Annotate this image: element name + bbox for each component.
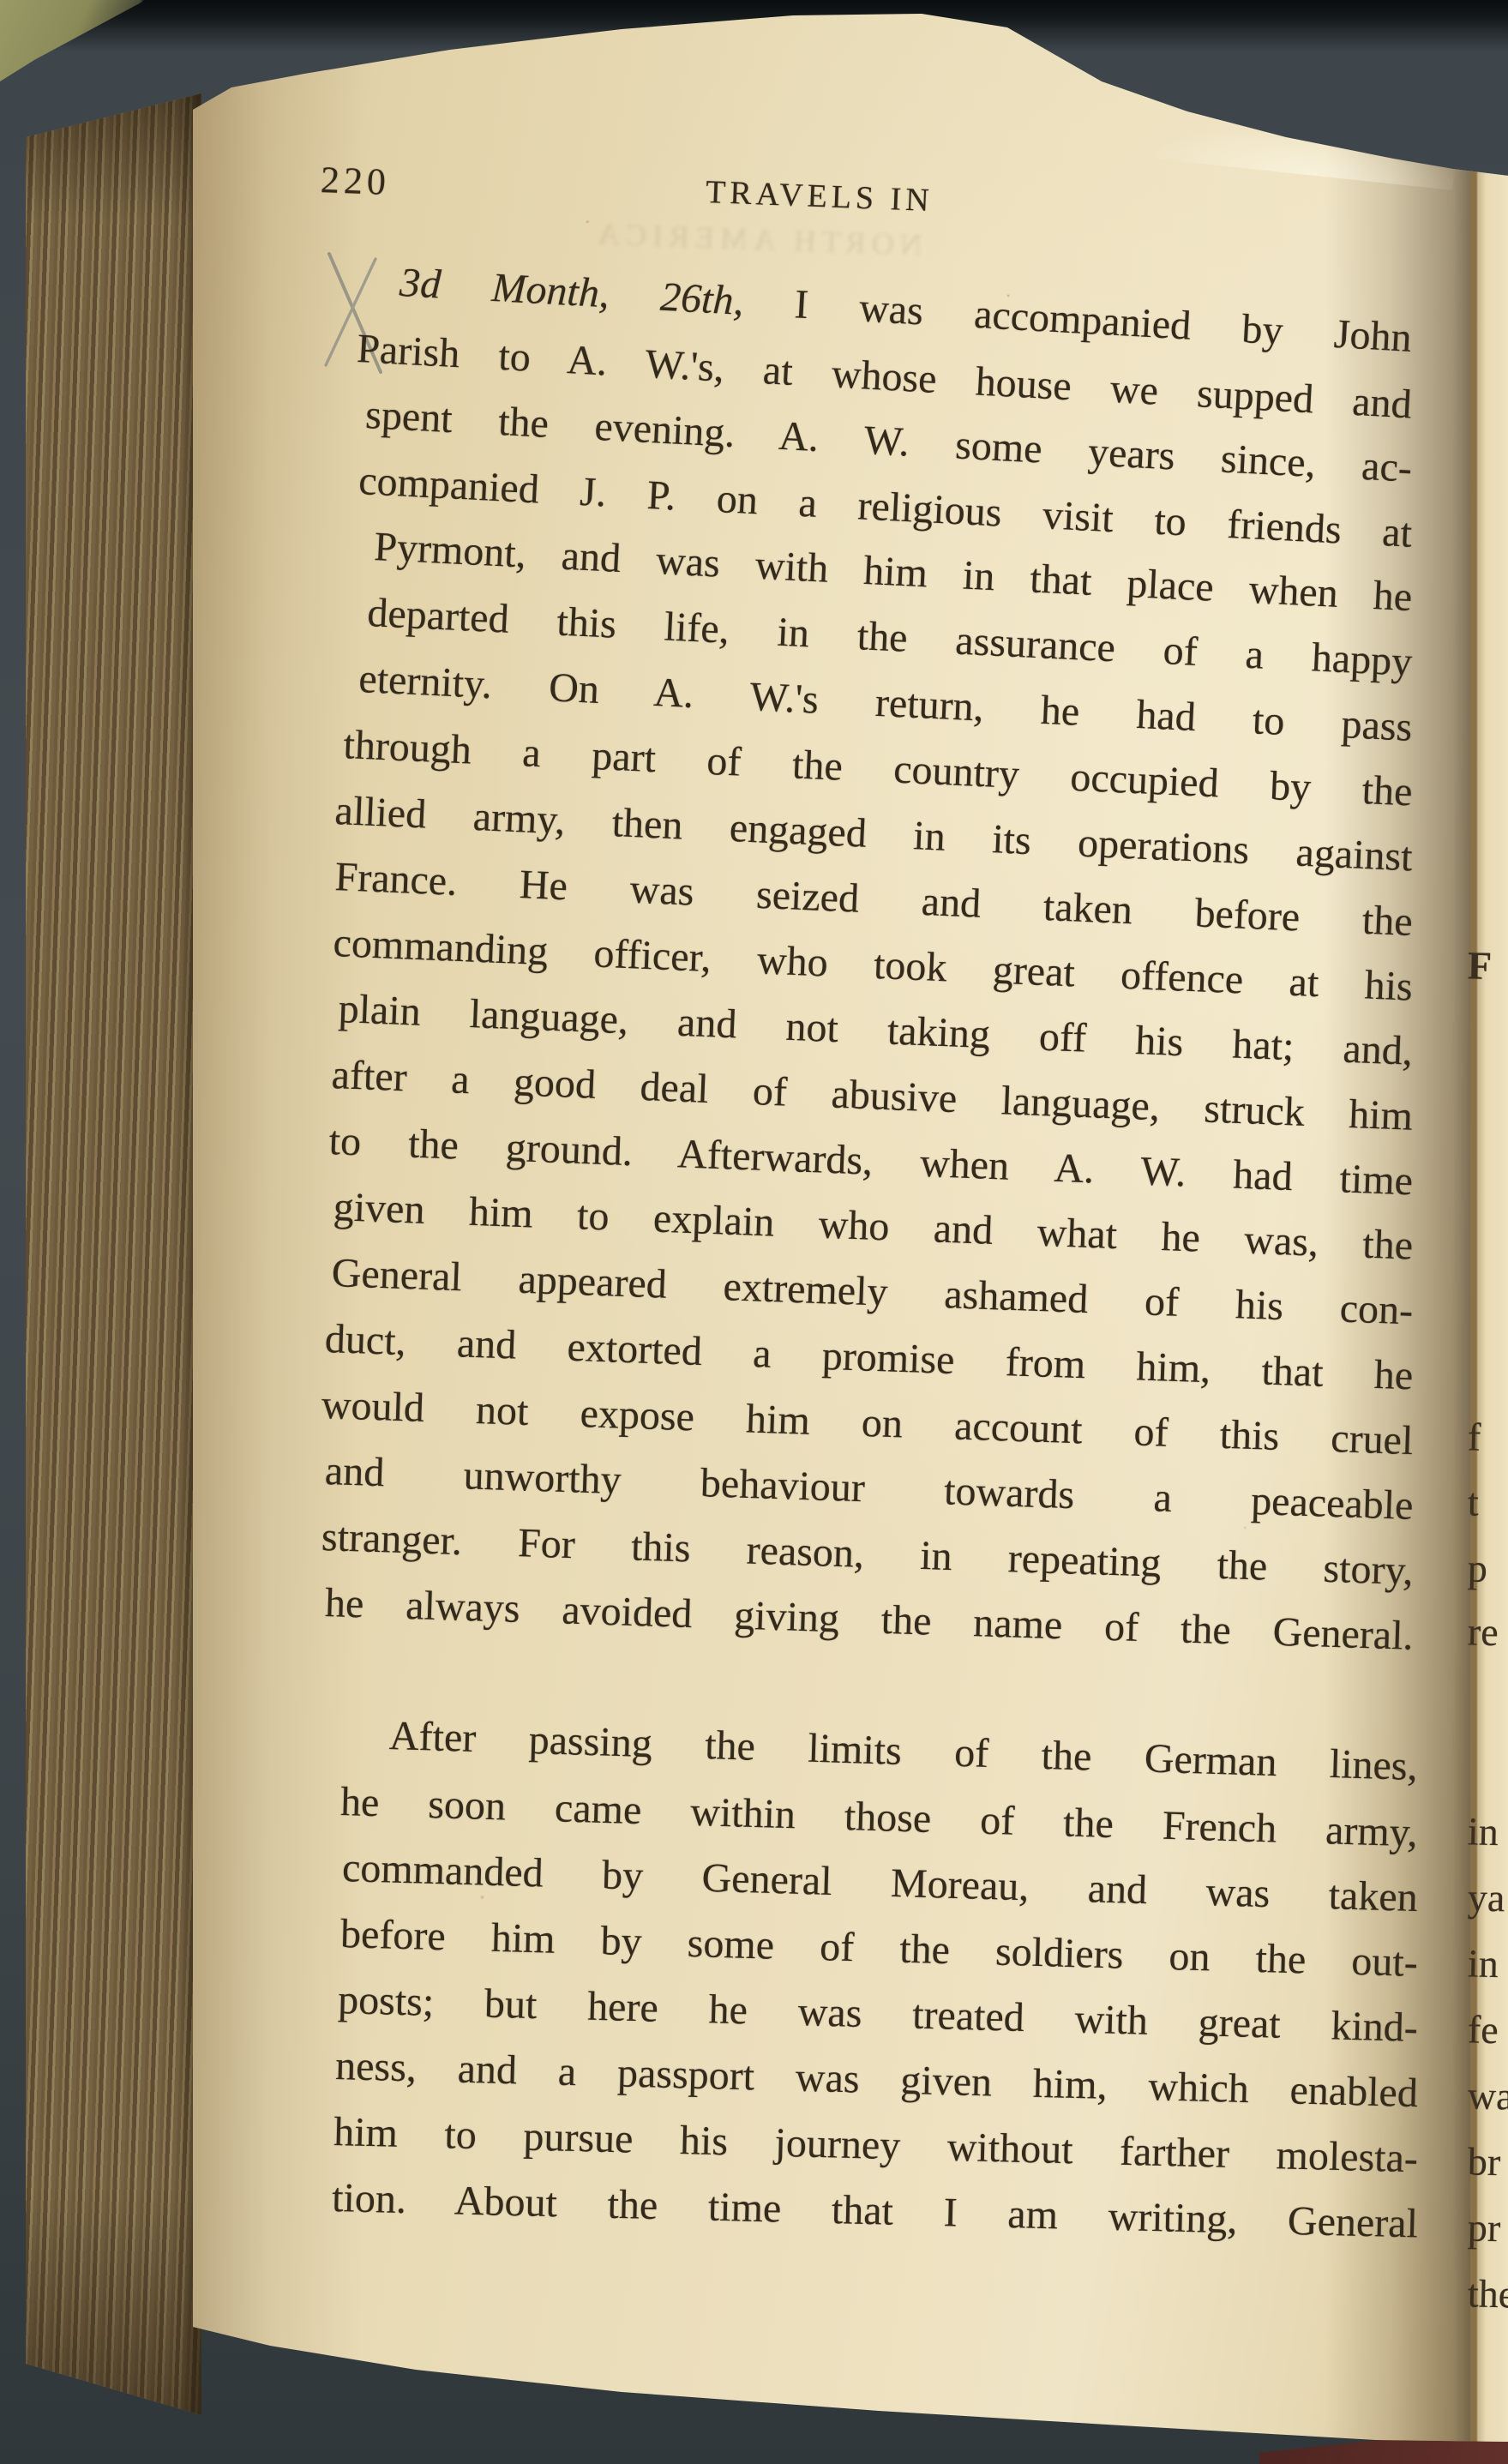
facing-text-fragment: re [1467,1608,1508,1655]
book-fore-edge [26,81,201,2422]
facing-text-fragment: the [1467,2270,1508,2317]
page-number: 220 [320,158,391,204]
facing-text-fragment: in [1467,1808,1508,1854]
facing-text-fragment: wa [1467,2072,1508,2118]
facing-text-fragment: f [1467,1414,1508,1460]
facing-text-fragment: ya [1467,1874,1508,1920]
green-cover-sliver [0,0,163,81]
facing-text-fragment: F [1467,942,1508,989]
facing-text-fragment: fe [1467,2006,1508,2052]
facing-text-fragment: in [1467,1940,1508,1986]
facing-text-fragment: p [1467,1545,1508,1591]
book-photo: NORTH AMERICA 220 TRAVELS IN 3d Month, 2… [0,0,1508,2464]
facing-text-fragment: br [1467,2138,1508,2185]
facing-text-fragment: pr [1467,2204,1508,2251]
facing-text-fragment: t [1467,1479,1508,1525]
